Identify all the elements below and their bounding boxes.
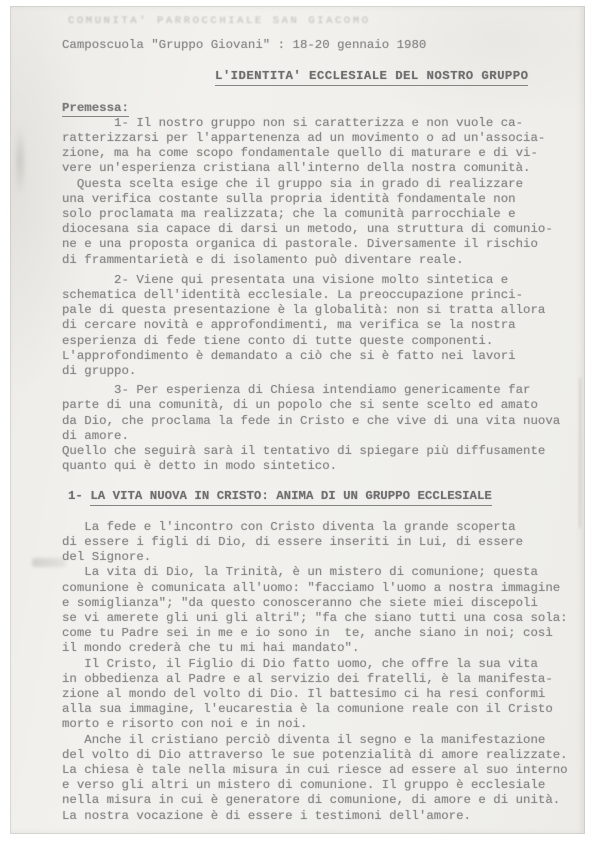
text-line: zione al mondo del volto di Dio. Il batt… bbox=[62, 687, 585, 702]
text-line: 2- Viene qui presentata una visione molt… bbox=[62, 273, 585, 288]
text-line: quanto qui è detto in modo sintetico. bbox=[62, 459, 585, 474]
document-title: L'IDENTITA' ECCLESIALE DEL NOSTRO GRUPPO bbox=[215, 69, 528, 86]
text-line: e somiglianza"; "da questo conosceranno … bbox=[62, 596, 585, 611]
text-line: schematica dell'identità ecclesiale. La … bbox=[62, 288, 585, 303]
section-body: La fede e l'incontro con Cristo diventa … bbox=[62, 520, 585, 824]
text-line: da Dio, che proclama la fede in Cristo e… bbox=[62, 414, 585, 429]
premessa-row: Premessa: bbox=[62, 101, 585, 116]
text-line: solo proclamata ma realizzata; che la co… bbox=[62, 207, 585, 222]
text-line: La vita di Dio, la Trinità, è un mistero… bbox=[62, 565, 585, 580]
text-line: La nostra vocazione è di essere i testim… bbox=[62, 809, 585, 824]
text-line: di amore. bbox=[62, 429, 585, 444]
paragraph-2: 2- Viene qui presentata una visione molt… bbox=[62, 273, 585, 379]
text-line: 1- Il nostro gruppo non si caratterizza … bbox=[62, 116, 585, 131]
text-line: una verifica costante sulla propria iden… bbox=[62, 192, 585, 207]
document-subtitle: Camposcuola "Gruppo Giovani" : 18-20 gen… bbox=[62, 38, 585, 53]
text-line: del volto di Dio attraverso le sue poten… bbox=[62, 748, 585, 763]
text-line: di cercare novità e approfondimenti, ma … bbox=[62, 318, 585, 333]
scanned-page: COMUNITA' PARROCCHIALE SAN GIACOMO Campo… bbox=[10, 6, 585, 834]
text-line: il mondo crederà che tu mi hai mandato". bbox=[62, 641, 585, 656]
paragraph-1: 1- Il nostro gruppo non si caratterizza … bbox=[62, 116, 585, 268]
text-line: diocesana sia capace di darsi un metodo,… bbox=[62, 222, 585, 237]
premessa-label: Premessa: bbox=[62, 101, 129, 118]
title-row: L'IDENTITA' ECCLESIALE DEL NOSTRO GRUPPO bbox=[215, 69, 585, 84]
faded-stamp-line: COMUNITA' PARROCCHIALE SAN GIACOMO bbox=[62, 14, 585, 29]
text-line: vere un'esperienza cristiana all'interno… bbox=[62, 161, 585, 176]
text-line: di gruppo. bbox=[62, 364, 585, 379]
text-line: e verso gli altri un mistero di comunion… bbox=[62, 778, 585, 793]
text-line: La chiesa è tale nella misura in cui rie… bbox=[62, 763, 585, 778]
text-line: alla sua immagine, l'eucarestia è la com… bbox=[62, 702, 585, 717]
text-line: di frammentarietà e di isolamento può di… bbox=[62, 253, 585, 268]
text-line: Quello che seguirà sarà il tentativo di … bbox=[62, 444, 585, 459]
section-heading: 1- LA VITA NUOVA IN CRISTO: ANIMA DI UN … bbox=[68, 489, 585, 504]
text-line: esperienza di fede tiene conto di tutte … bbox=[62, 334, 585, 349]
paragraph-3: 3- Per esperienza di Chiesa intendiamo g… bbox=[62, 383, 585, 474]
text-line: di essere i figli di Dio, di essere inse… bbox=[62, 535, 585, 550]
text-line: Questa scelta esige che il gruppo sia in… bbox=[62, 177, 585, 192]
text-line: del Signore. bbox=[62, 550, 585, 565]
text-line: La fede e l'incontro con Cristo diventa … bbox=[62, 520, 585, 535]
text-line: in obbedienza al Padre e al servizio dei… bbox=[62, 672, 585, 687]
text-line: parte di una comunità, di un popolo che … bbox=[62, 398, 585, 413]
text-line: Il Cristo, il Figlio di Dio fatto uomo, … bbox=[62, 657, 585, 672]
text-line: Anche il cristiano perciò diventa il seg… bbox=[62, 733, 585, 748]
text-line: ne e una proposta organica di pastorale.… bbox=[62, 237, 585, 252]
section-title: LA VITA NUOVA IN CRISTO: ANIMA DI UN GRU… bbox=[90, 489, 492, 506]
section-number: 1- bbox=[68, 489, 90, 503]
text-line: come tu Padre sei in me e io sono in te,… bbox=[62, 626, 585, 641]
text-line: zione, ma ha come scopo fondamentale que… bbox=[62, 146, 585, 161]
text-line: se vi amerete gli uni gli altri"; "fa ch… bbox=[62, 611, 585, 626]
text-line: morto e risorto con noi e in noi. bbox=[62, 717, 585, 732]
text-line: comunione è comunicata all'uomo: "faccia… bbox=[62, 581, 585, 596]
text-line: 3- Per esperienza di Chiesa intendiamo g… bbox=[62, 383, 585, 398]
text-line: L'approfondimento è demandato a ciò che … bbox=[62, 349, 585, 364]
document-content: COMUNITA' PARROCCHIALE SAN GIACOMO Campo… bbox=[10, 6, 585, 824]
text-line: nella misura in cui è generatore di comu… bbox=[62, 793, 585, 808]
text-line: ratterizzarsi per l'appartenenza ad un m… bbox=[62, 131, 585, 146]
text-line: pale di questa presentazione è la global… bbox=[62, 303, 585, 318]
